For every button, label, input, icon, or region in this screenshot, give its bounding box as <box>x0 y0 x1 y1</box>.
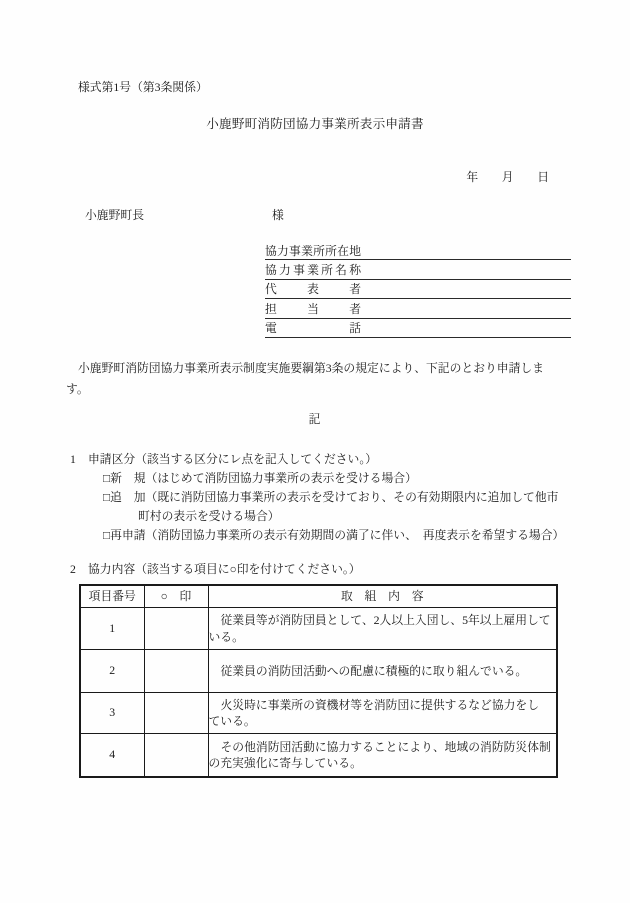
date-line: 年 月 日 <box>466 172 549 184</box>
header-activity-description: 取 組 内 容 <box>208 585 557 608</box>
option-reapplication-label: 再申請（消防団協力事業所の表示有効期間の満了に伴い、 再度表示を希望する場合） <box>110 528 564 542</box>
activity-description-cell: 従業員等が消防団員として、2人以上入団し、5年以上雇用して いる。 <box>208 608 557 650</box>
section2-heading-text: 協力内容（該当する項目に○印を付けてください。） <box>88 562 361 576</box>
application-type-options: □新 規（はじめて消防団協力事業所の表示を受ける場合） □追 加（既に消防団協力… <box>103 469 564 545</box>
header-circle-mark: ○ 印 <box>144 585 208 608</box>
activity-line: いる。 <box>209 629 557 646</box>
record-marker: 記 <box>0 414 630 426</box>
activity-line: 従業員等が消防団員として、2人以上入団し、5年以上雇用して <box>209 612 557 629</box>
item-number-cell: 1 <box>80 608 144 650</box>
activity-line: 従業員の消防団活動への配慮に積極的に取り組んでいる。 <box>209 663 557 680</box>
section-cooperation-details: 2協力内容（該当する項目に○印を付けてください。） <box>70 560 361 579</box>
table-row-1: 1 従業員等が消防団員として、2人以上入団し、5年以上雇用して いる。 <box>80 608 557 650</box>
activity-description-cell: 従業員の消防団活動への配慮に積極的に取り組んでいる。 <box>208 650 557 693</box>
field-label-name: 協力事業所名称 <box>265 265 361 277</box>
circle-mark-cell <box>144 650 208 693</box>
circle-mark-cell <box>144 693 208 734</box>
application-statement: 小鹿野町消防団協力事業所表示制度実施要綱第3条の規定により、下記のとおり申請しま… <box>66 358 606 399</box>
option-new: □新 規（はじめて消防団協力事業所の表示を受ける場合） <box>103 469 564 488</box>
item-number-cell: 2 <box>80 650 144 693</box>
field-row-contact-person: 担 当 者 <box>265 299 571 318</box>
field-row-location: 協力事業所所在地 <box>265 241 571 260</box>
applicant-fields: 協力事業所所在地 協力事業所名称 代 表 者 担 当 者 電 話 <box>265 241 571 338</box>
option-new-label: 新 規（はじめて消防団協力事業所の表示を受ける場合） <box>110 471 417 485</box>
circle-mark-cell <box>144 734 208 778</box>
activity-line: ている。 <box>209 713 557 730</box>
table-row-3: 3 火災時に事業所の資機材等を消防団に提供するなど協力をし ている。 <box>80 693 557 734</box>
section1-heading-text: 申請区分（該当する区分にレ点を記入してください。） <box>88 452 377 466</box>
section1-number: 1 <box>70 450 88 469</box>
page-title: 小鹿野町消防団協力事業所表示申請書 <box>0 118 630 131</box>
activity-description-cell: その他消防団活動に協力することにより、地域の消防防災体制 の充実強化に寄与してい… <box>208 734 557 778</box>
field-row-phone: 電 話 <box>265 319 571 338</box>
activity-description-cell: 火災時に事業所の資機材等を消防団に提供するなど協力をし ている。 <box>208 693 557 734</box>
cooperation-table: 項目番号 ○ 印 取 組 内 容 1 従業員等が消防団員として、2人以上入団し、… <box>79 584 558 778</box>
application-form-page: 様式第1号（第3条関係） 小鹿野町消防団協力事業所表示申請書 年 月 日 小鹿野… <box>0 0 630 903</box>
option-additional: □追 加（既に消防団協力事業所の表示を受けており、その有効期限内に追加して他市 <box>103 488 564 507</box>
form-number: 様式第1号（第3条関係） <box>78 82 208 94</box>
statement-line-2: す。 <box>66 379 606 400</box>
table-row-4: 4 その他消防団活動に協力することにより、地域の消防防災体制 の充実強化に寄与し… <box>80 734 557 778</box>
item-number-cell: 3 <box>80 693 144 734</box>
addressee-name: 小鹿野町長 <box>85 208 144 222</box>
addressee-honorific: 様 <box>272 210 284 222</box>
activity-line: その他消防団活動に協力することにより、地域の消防防災体制 <box>209 739 557 756</box>
table-header-row: 項目番号 ○ 印 取 組 内 容 <box>80 585 557 608</box>
option-additional-label: 追 加（既に消防団協力事業所の表示を受けており、その有効期限内に追加して他市 <box>110 490 558 504</box>
addressee-line: 小鹿野町長様 <box>85 210 284 222</box>
section1-heading: 1申請区分（該当する区分にレ点を記入してください。） <box>70 450 564 469</box>
circle-mark-cell <box>144 608 208 650</box>
option-reapplication: □再申請（消防団協力事業所の表示有効期間の満了に伴い、 再度表示を希望する場合） <box>103 526 564 545</box>
field-row-representative: 代 表 者 <box>265 280 571 299</box>
section2-number: 2 <box>70 560 88 579</box>
field-label-phone: 電 話 <box>265 323 361 335</box>
option-additional-label-continuation: 町村の表示を受ける場合） <box>138 507 564 526</box>
section-application-type: 1申請区分（該当する区分にレ点を記入してください。） □新 規（はじめて消防団協… <box>70 450 564 545</box>
statement-line-1: 小鹿野町消防団協力事業所表示制度実施要綱第3条の規定により、下記のとおり申請しま <box>66 358 606 379</box>
header-item-number: 項目番号 <box>80 585 144 608</box>
table-row-2: 2 従業員の消防団活動への配慮に積極的に取り組んでいる。 <box>80 650 557 693</box>
field-label-representative: 代 表 者 <box>265 284 361 296</box>
field-label-location: 協力事業所所在地 <box>265 246 361 258</box>
field-label-contact-person: 担 当 者 <box>265 304 361 316</box>
item-number-cell: 4 <box>80 734 144 778</box>
activity-line: の充実強化に寄与している。 <box>209 755 557 772</box>
field-row-name: 協力事業所名称 <box>265 260 571 279</box>
activity-line: 火災時に事業所の資機材等を消防団に提供するなど協力をし <box>209 697 557 714</box>
